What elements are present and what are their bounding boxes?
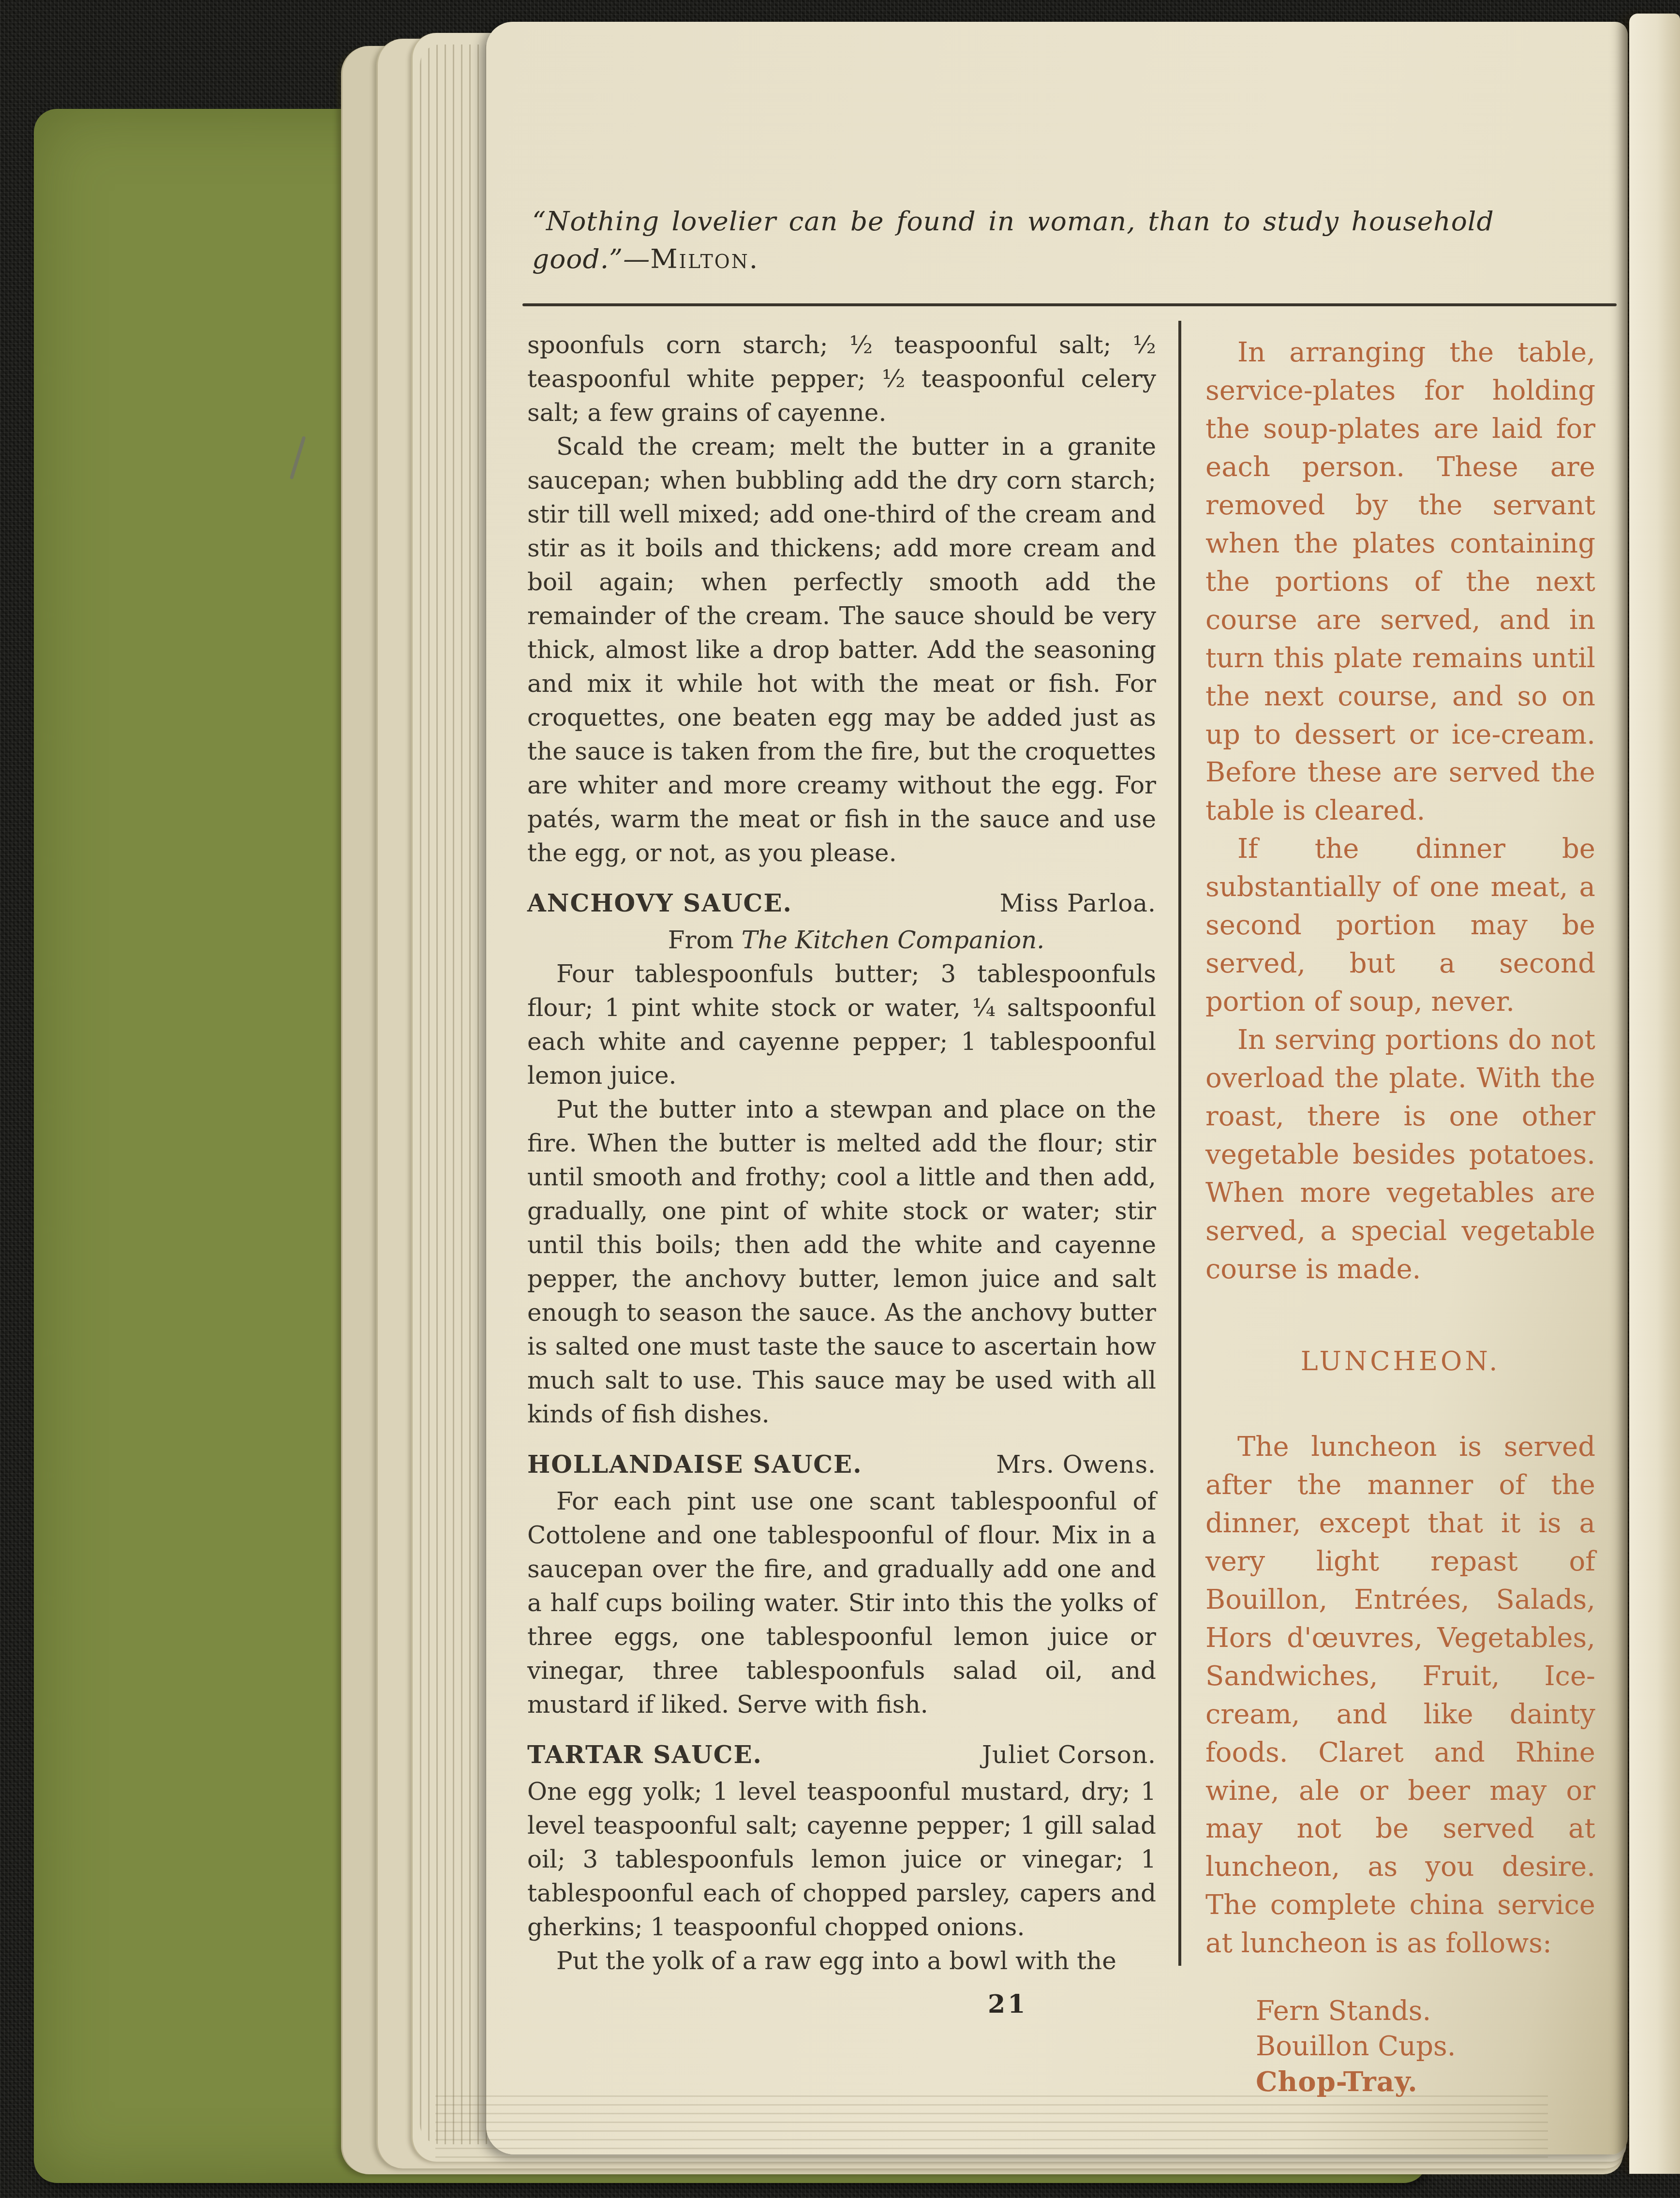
paragraph: Put the yolk of a raw egg into a bowl wi…: [527, 1944, 1156, 1978]
recipe-title: ANCHOVY SAUCE.: [527, 886, 792, 920]
left-column: spoonfuls corn starch; ½ teaspoonful sal…: [527, 328, 1156, 1978]
recipe-heading-row: ANCHOVY SAUCE. Miss Parloa.: [527, 886, 1156, 920]
source-line: From The Kitchen Companion.: [527, 923, 1156, 957]
right-column: In arranging the table, service-plates f…: [1205, 334, 1595, 2100]
recipe-attribution: Mrs. Owens.: [996, 1448, 1156, 1481]
header-rule: [522, 303, 1617, 306]
paragraph: For each pint use one scant tablespoonfu…: [527, 1484, 1156, 1721]
page-edge-lines-bottom: [435, 2095, 1548, 2158]
china-service-item: Bouillon Cups.: [1256, 2029, 1595, 2064]
epigraph: “Nothing lovelier can be found in woman,…: [532, 202, 1620, 278]
page-number: 21: [988, 1989, 1027, 2019]
china-service-list: Fern Stands. Bouillon Cups. Chop-Tray.: [1256, 1994, 1595, 2099]
paragraph: In arranging the table, service-plates f…: [1205, 334, 1595, 830]
paragraph: One egg yolk; 1 level teaspoonful mustar…: [527, 1775, 1156, 1944]
china-service-item: Fern Stands.: [1256, 1994, 1595, 2029]
next-page-edge: [1629, 14, 1680, 2174]
recipe-attribution: Miss Parloa.: [1000, 886, 1156, 920]
source-title: The Kitchen Companion.: [742, 926, 1044, 954]
recipe-attribution: Juliet Corson.: [982, 1738, 1156, 1772]
recipe-section: TARTAR SAUCE. Juliet Corson. One egg yol…: [527, 1738, 1156, 1978]
recipe-heading-row: TARTAR SAUCE. Juliet Corson.: [527, 1738, 1156, 1772]
source-prefix: From: [668, 926, 742, 954]
paragraph: Four tablespoonfuls butter; 3 tablespoon…: [527, 957, 1156, 1092]
paragraph: If the dinner be substantially of one me…: [1205, 830, 1595, 1021]
epigraph-author: Milton.: [650, 243, 759, 274]
paragraph: In serving portions do not overload the …: [1205, 1021, 1595, 1289]
recipe-section: ANCHOVY SAUCE. Miss Parloa. From The Kit…: [527, 886, 1156, 1431]
column-divider-rule: [1178, 321, 1181, 1966]
recipe-title: TARTAR SAUCE.: [527, 1738, 762, 1772]
paragraph: Put the butter into a stewpan and place …: [527, 1092, 1156, 1431]
recipe-title: HOLLANDAISE SAUCE.: [527, 1448, 862, 1481]
paragraph: The luncheon is served after the manner …: [1205, 1428, 1595, 1963]
paragraph: Scald the cream; melt the butter in a gr…: [527, 430, 1156, 870]
paragraph: spoonfuls corn starch; ½ teaspoonful sal…: [527, 328, 1156, 430]
china-service-item: Chop-Tray.: [1256, 2064, 1595, 2100]
recipe-heading-row: HOLLANDAISE SAUCE. Mrs. Owens.: [527, 1448, 1156, 1481]
recipe-section: HOLLANDAISE SAUCE. Mrs. Owens. For each …: [527, 1448, 1156, 1721]
section-heading-luncheon: LUNCHEON.: [1205, 1343, 1595, 1380]
